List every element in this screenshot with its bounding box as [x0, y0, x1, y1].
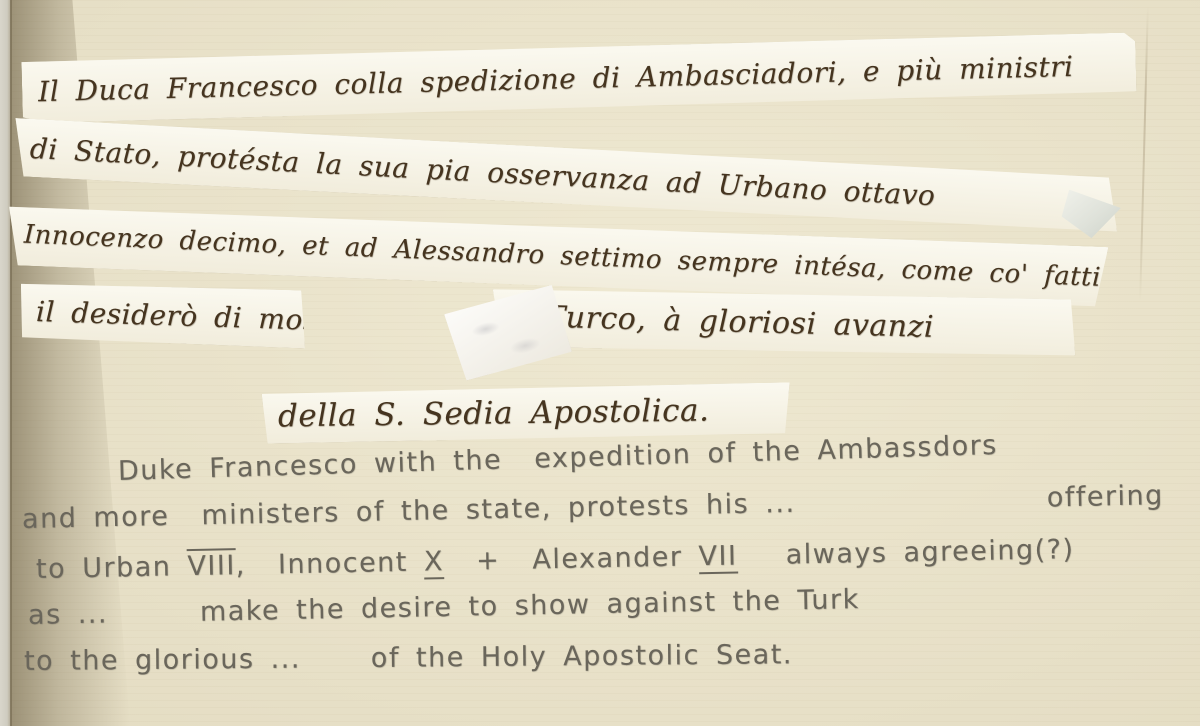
- pencil-line-4: as ...make the desire to show against th…: [28, 580, 1088, 631]
- pencil-line-3: to Urban VIII, Innocent X + Alexander VI…: [36, 531, 1136, 587]
- roman-numeral-vii: VII: [698, 541, 738, 575]
- paper-scrap: [443, 284, 573, 382]
- roman-numeral-x: X: [424, 546, 445, 579]
- paper-crack: [1139, 6, 1149, 301]
- pencil-text: Duke Francesco with the expedition of th…: [118, 430, 999, 487]
- italian-line-1: Il Duca Francesco colla spedizione di Am…: [22, 49, 1074, 108]
- pencil-text: offering: [1046, 480, 1164, 513]
- pencil-line-5: to the glorious ...of the Holy Apostolic…: [24, 639, 864, 677]
- pencil-text: make the desire to show against the Turk: [200, 584, 860, 628]
- pencil-text: as ...: [28, 598, 109, 631]
- pencil-text: , Innocent: [235, 547, 424, 582]
- italian-line-3: Innocenzo decimo, et ad Alessandro setti…: [7, 219, 1101, 293]
- pencil-text: always agreeing(?): [737, 534, 1075, 571]
- pencil-line-2: and more ministers of the state, protest…: [22, 480, 1164, 535]
- italian-line-5: della S. Sedia Apostolica.: [262, 392, 710, 434]
- pencil-text: of the Holy Apostolic Seat.: [371, 639, 793, 674]
- italian-line-4-left: il desiderò di mos: [20, 294, 319, 336]
- pasted-strip-4-left: il desiderò di mos: [19, 282, 307, 349]
- pencil-text: + Alexander: [444, 541, 699, 577]
- manuscript-page: Il Duca Francesco colla spedizione di Am…: [0, 0, 1200, 726]
- pasted-strip-1: Il Duca Francesco colla spedizione di Am…: [21, 32, 1136, 123]
- pencil-text: to Urban: [36, 551, 188, 585]
- pencil-text: to the glorious ...: [24, 644, 301, 677]
- roman-numeral-viii: VIII: [187, 548, 236, 582]
- italian-line-2: di Stato, protésta la sua pia osservanza…: [13, 131, 936, 212]
- pencil-text: and more ministers of the state, protest…: [22, 488, 796, 535]
- pasted-strip-5: della S. Sedia Apostolica.: [262, 382, 791, 443]
